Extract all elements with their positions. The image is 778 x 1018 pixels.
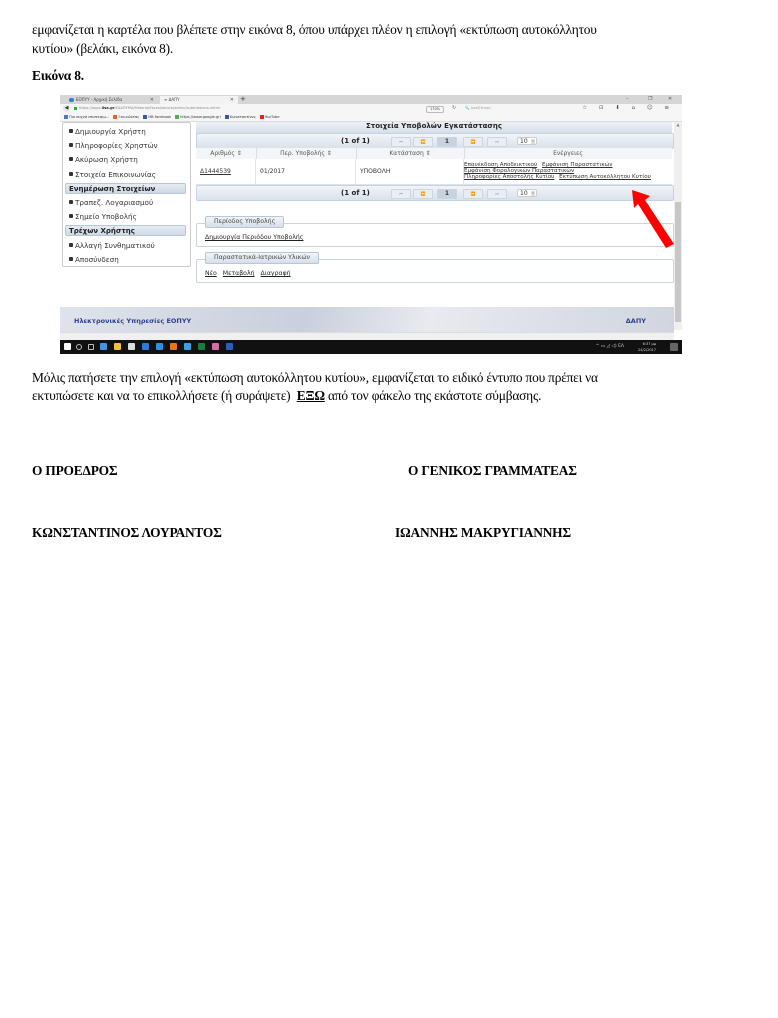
- lock-icon: [74, 107, 77, 110]
- bullet-icon: [69, 243, 73, 247]
- sidebar-item[interactable]: Τραπεζ. Λογαριασμού: [69, 198, 153, 207]
- close-tab-icon[interactable]: ✕: [150, 96, 154, 104]
- taskbar-app-icon[interactable]: [212, 343, 219, 350]
- sidebar-section-header: Ενημέρωση Στοιχείων: [65, 183, 186, 194]
- tab-favicon-icon: [69, 98, 74, 102]
- bookmarks-bar: Πιο συχνά επισκεψιμ...ΞεκινώνταςHB faceb…: [60, 113, 682, 122]
- submission-period-box: Περίοδος Υποβολής Δημιουργία Περιόδου Υπ…: [196, 223, 674, 247]
- page-count: (1 of 1): [341, 186, 370, 200]
- sidebar-item[interactable]: Αλλαγή Συνθηματικού: [69, 241, 155, 250]
- cell-actions: Επανέκδοση Αποδεικτικού Εμφάνιση Παραστα…: [464, 162, 672, 181]
- action-print-box-label[interactable]: Εκτύπωση Αυτοκόλλητου Κυτίου: [559, 174, 651, 180]
- modify-link[interactable]: Μεταβολή: [223, 270, 255, 277]
- bullet-icon: [69, 143, 73, 147]
- signature-left-name: ΚΩΝΣΤΑΝΤΙΝΟΣ ΛΟΥΡΑΝΤΟΣ: [32, 523, 222, 542]
- sidebar-item-label: Στοιχεία Επικοινωνίας: [75, 170, 156, 179]
- close-tab-icon[interactable]: ✕: [230, 96, 234, 104]
- last-page-button[interactable]: ⏭: [487, 137, 507, 147]
- delete-link[interactable]: Διαγραφή: [261, 270, 291, 277]
- cell-period: 01/2017: [256, 159, 356, 184]
- new-tab-button[interactable]: +: [240, 95, 246, 104]
- col-number[interactable]: Αριθμός ⇕: [196, 148, 257, 159]
- bookmark-favicon-icon: [64, 115, 68, 119]
- bookmark-label: Ξεκινώντας: [118, 115, 139, 119]
- medical-materials-legend: Παραστατικά-Ιατρικών Υλικών: [205, 252, 319, 264]
- taskbar-start-icon[interactable]: [64, 343, 71, 350]
- after-line-2-post: από τον φάκελο της εκάστοτε σύμβασης.: [325, 388, 541, 403]
- bullet-icon: [69, 257, 73, 261]
- bookmark-item[interactable]: YouTube: [260, 113, 280, 121]
- search-input[interactable]: 🔍 Αναζήτηση: [465, 105, 585, 112]
- figure-label: Εικόνα 8.: [32, 66, 84, 85]
- notifications-icon[interactable]: [670, 343, 678, 351]
- toolbar-icons[interactable]: ☆ ⊡ ⬇ ⌂ ☺ ≡: [582, 105, 674, 112]
- bookmark-favicon-icon: [225, 115, 229, 119]
- bullet-icon: [69, 200, 73, 204]
- taskbar-skype-icon[interactable]: [184, 343, 191, 350]
- table-row: Δ1444539 01/2017 ΥΠΟΒΟΛΗ Επανέκδοση Αποδ…: [196, 159, 672, 185]
- minimize-icon[interactable]: –: [626, 95, 629, 104]
- rows-per-page-select[interactable]: 10 ▾: [517, 189, 537, 197]
- emphasis-outside: ΕΞΩ: [297, 388, 325, 403]
- taskbar-file-explorer-icon[interactable]: [114, 343, 121, 350]
- rows-per-page-value: 10: [520, 138, 528, 145]
- pager-top: (1 of 1) ⏮ ⏪ 1 ⏩ ⏭ 10 ▾: [196, 133, 674, 149]
- clock[interactable]: 6:37 μμ 24/2/2017: [638, 341, 656, 353]
- bookmark-item[interactable]: HB facebook: [143, 113, 171, 121]
- sidebar-item[interactable]: Πληροφορίες Χρηστών: [69, 141, 158, 150]
- bookmark-label: https://www.google.gr/: [180, 115, 221, 119]
- bookmark-label: HB facebook: [148, 115, 171, 119]
- page-1-button[interactable]: 1: [437, 189, 457, 199]
- sidebar-item-label: Τραπεζ. Λογαριασμού: [75, 198, 153, 207]
- page-1-button[interactable]: 1: [437, 137, 457, 147]
- tab-eopyy-home[interactable]: ΕΟΠΥΥ - Αρχική Σελίδα ✕: [66, 96, 158, 104]
- address-bar[interactable]: https://apps.ilsa.gr/ΕΔΑΠΥΜΑ/Material/fa…: [74, 105, 424, 112]
- tab-label: ΕΟΠΥΥ - Αρχική Σελίδα: [76, 97, 122, 102]
- new-link[interactable]: Νέο: [205, 270, 217, 277]
- footer-left-text: Ηλεκτρονικές Υπηρεσίες ΕΟΠΥΥ: [74, 317, 191, 325]
- after-line-2: εκτυπώσετε και να το επικολλήσετε (ή συρ…: [32, 386, 541, 405]
- taskbar-excel-icon[interactable]: [198, 343, 205, 350]
- sidebar-item-label: Πληροφορίες Χρηστών: [75, 141, 158, 150]
- bullet-icon: [69, 172, 73, 176]
- medical-materials-box: Παραστατικά-Ιατρικών Υλικών Νέο Μεταβολή…: [196, 259, 674, 283]
- last-page-button[interactable]: ⏭: [487, 189, 507, 199]
- submission-period-legend: Περίοδος Υποβολής: [205, 216, 284, 228]
- bookmark-item[interactable]: Ξεκινώντας: [113, 113, 139, 121]
- bookmark-favicon-icon: [260, 115, 264, 119]
- intro-line-2: κυτίου» (βελάκι, εικόνα 8).: [32, 39, 173, 58]
- taskbar-edge-icon[interactable]: [156, 343, 163, 350]
- submission-number-link[interactable]: Δ1444539: [200, 168, 231, 175]
- bookmark-favicon-icon: [113, 115, 117, 119]
- create-submission-period-link[interactable]: Δημιουργία Περιόδου Υποβολής: [205, 234, 303, 241]
- browser-nav-bar: ◀ https://apps.ilsa.gr/ΕΔΑΠΥΜΑ/Material/…: [60, 104, 682, 113]
- prev-page-button[interactable]: ⏪: [413, 189, 433, 199]
- col-status[interactable]: Κατάσταση ⇕: [356, 148, 465, 159]
- url-domain: ilsa.gr: [102, 106, 115, 110]
- submission-period-links: Δημιουργία Περιόδου Υποβολής: [205, 234, 307, 241]
- taskbar-firefox-icon[interactable]: [170, 343, 177, 350]
- back-arrow-icon[interactable]: ◀: [63, 105, 70, 112]
- footer-right-text: ΔΑΠΥ: [626, 317, 646, 325]
- medical-materials-links: Νέο Μεταβολή Διαγραφή: [205, 270, 295, 277]
- next-page-button[interactable]: ⏩: [463, 189, 483, 199]
- tab-label: ≡ ΔΑΠΥ: [164, 97, 180, 102]
- action-box-shipping-info[interactable]: Πληροφορίες Αποστολής Κυτίου: [464, 174, 554, 180]
- bookmark-favicon-icon: [143, 115, 147, 119]
- sidebar-item-label: Σημείο Υποβολής: [75, 212, 137, 221]
- signature-left-title: Ο ΠΡΟΕΔΡΟΣ: [32, 461, 117, 480]
- url-prefix: https://apps.: [79, 106, 102, 110]
- chevron-down-icon: ▾: [531, 139, 535, 144]
- sidebar-menu: Δημιουργία ΧρήστηΠληροφορίες ΧρηστώνΑκύρ…: [62, 122, 191, 267]
- intro-line-1: εμφανίζεται η καρτέλα που βλέπετε στην ε…: [32, 20, 597, 39]
- sidebar-item[interactable]: Στοιχεία Επικοινωνίας: [69, 170, 156, 179]
- signature-right-title: Ο ΓΕΝΙΚΟΣ ΓΡΑΜΜΑΤΕΑΣ: [408, 461, 577, 480]
- sidebar-item-label: Αλλαγή Συνθηματικού: [75, 241, 155, 250]
- taskbar-search-icon[interactable]: [76, 344, 82, 350]
- bullet-icon: [69, 214, 73, 218]
- chevron-down-icon: ▾: [531, 191, 535, 196]
- rows-per-page-select[interactable]: 10 ▾: [517, 137, 537, 145]
- bookmark-label: YouTube: [265, 115, 280, 119]
- bullet-icon: [69, 157, 73, 161]
- col-period[interactable]: Περ. Υποβολής ⇕: [256, 148, 357, 159]
- first-page-button[interactable]: ⏮: [391, 137, 411, 147]
- close-window-icon[interactable]: ✕: [668, 95, 672, 104]
- zoom-level[interactable]: 170%: [426, 106, 444, 113]
- taskbar-word-icon[interactable]: [226, 343, 233, 350]
- cell-number: Δ1444539: [196, 159, 256, 184]
- sidebar-item-label: Αποσύνδεση: [75, 255, 119, 264]
- page-count: (1 of 1): [341, 134, 370, 148]
- maximize-icon[interactable]: ❐: [648, 95, 652, 104]
- taskbar-store-icon[interactable]: [128, 343, 135, 350]
- url-path: /ΕΔΑΠΥΜΑ/Material/faces/secure/admin/sub…: [114, 106, 220, 110]
- browser-tab-bar: ΕΟΠΥΥ - Αρχική Σελίδα ✕ ≡ ΔΑΠΥ ✕ + – ❐ ✕: [60, 95, 682, 104]
- figure-8-screenshot: ΕΟΠΥΥ - Αρχική Σελίδα ✕ ≡ ΔΑΠΥ ✕ + – ❐ ✕…: [60, 95, 682, 354]
- taskbar-outlook-icon[interactable]: [142, 343, 149, 350]
- bookmark-label: Κωνσταντίνος: [230, 115, 256, 119]
- windows-taskbar: ^ ▭ ◿ ◁) ΕΛ 6:37 μμ 24/2/2017: [60, 340, 682, 354]
- bookmark-item[interactable]: Πιο συχνά επισκεψιμ...: [64, 113, 109, 121]
- red-arrow-icon: [630, 188, 678, 250]
- clock-date: 24/2/2017: [638, 347, 656, 353]
- site-footer: Ηλεκτρονικές Υπηρεσίες ΕΟΠΥΥ ΔΑΠΥ: [60, 307, 674, 332]
- taskbar-chrome-icon[interactable]: [100, 343, 107, 350]
- sidebar-item[interactable]: Ακύρωση Χρήστη: [69, 155, 138, 164]
- tray-icons[interactable]: ^ ▭ ◿ ◁) ΕΛ: [596, 343, 624, 351]
- bullet-icon: [69, 129, 73, 133]
- after-line-2-pre: εκτυπώσετε και να το επικολλήσετε (ή συρ…: [32, 388, 297, 403]
- sidebar-section-header: Τρέχων Χρήστης: [65, 225, 186, 236]
- sidebar-item[interactable]: Δημιουργία Χρήστη: [69, 127, 146, 136]
- scroll-up-icon[interactable]: ▲: [674, 122, 682, 128]
- rows-per-page-value: 10: [520, 190, 528, 197]
- bookmark-item[interactable]: https://www.google.gr/: [175, 113, 221, 121]
- sidebar-item[interactable]: Αποσύνδεση: [69, 255, 119, 264]
- pager-bottom: (1 of 1) ⏮ ⏪ 1 ⏩ ⏭ 10 ▾: [196, 185, 674, 201]
- after-line-1: Μόλις πατήσετε την επιλογή «εκτύπωση αυτ…: [32, 368, 598, 387]
- bookmark-favicon-icon: [175, 115, 179, 119]
- bookmark-label: Πιο συχνά επισκεψιμ...: [69, 115, 109, 119]
- reload-icon[interactable]: ↻: [452, 105, 456, 112]
- sidebar-item[interactable]: Σημείο Υποβολής: [69, 212, 137, 221]
- sidebar-item-label: Δημιουργία Χρήστη: [75, 127, 146, 136]
- horizontal-scrollbar[interactable]: [60, 332, 674, 340]
- tab-dapy[interactable]: ≡ ΔΑΠΥ ✕: [160, 96, 238, 104]
- next-page-button[interactable]: ⏩: [463, 137, 483, 147]
- sidebar-item-label: Ακύρωση Χρήστη: [75, 155, 138, 164]
- panel-title: Στοιχεία Υποβολών Εγκατάστασης: [196, 122, 672, 131]
- cell-status: ΥΠΟΒΟΛΗ: [356, 159, 464, 184]
- taskbar-task-view-icon[interactable]: [88, 344, 94, 350]
- col-actions: Ενέργειες: [464, 148, 672, 159]
- bookmark-item[interactable]: Κωνσταντίνος: [225, 113, 256, 121]
- prev-page-button[interactable]: ⏪: [413, 137, 433, 147]
- signature-right-name: ΙΩΑΝΝΗΣ ΜΑΚΡΥΓΙΑΝΝΗΣ: [395, 523, 571, 542]
- first-page-button[interactable]: ⏮: [391, 189, 411, 199]
